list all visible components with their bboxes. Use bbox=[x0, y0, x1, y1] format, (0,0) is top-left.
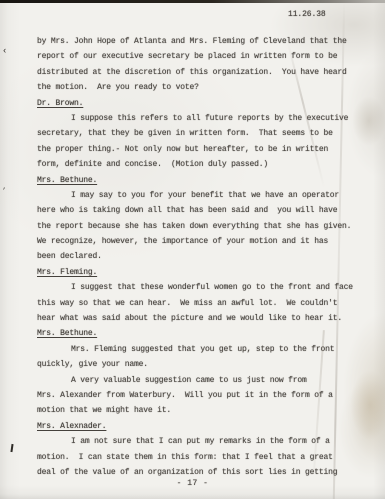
scanned-document-page: 11.26.38 by Mrs. John Hope of Atlanta an… bbox=[0, 0, 385, 499]
document-lines: by Mrs. John Hope of Atlanta and Mrs. Fl… bbox=[37, 34, 371, 480]
text-line: motion that we might have it. bbox=[37, 403, 371, 418]
text-line: secretary, that they be given in written… bbox=[37, 126, 371, 141]
text-line: I suppose this refers to all future repo… bbox=[37, 111, 371, 126]
paper-stain bbox=[350, 370, 385, 440]
speaker-heading: Dr. Brown. bbox=[37, 96, 371, 111]
text-line: distributed at the discretion of this or… bbox=[37, 65, 371, 80]
text-line: the motion. Are you ready to vote? bbox=[37, 80, 371, 95]
text-line: I suggest that these wonderful women go … bbox=[37, 280, 371, 295]
text-line: the report because she has taken down ev… bbox=[37, 219, 371, 234]
speaker-heading: Mrs. Fleming. bbox=[37, 265, 371, 280]
scan-mark bbox=[10, 444, 13, 452]
text-line: hear what was said about the picture and… bbox=[37, 311, 371, 326]
text-line: I am not sure that I can put my remarks … bbox=[37, 434, 371, 449]
text-line: report of our executive secretary be pla… bbox=[37, 49, 371, 64]
text-line: form, definite and concise. (Motion duly… bbox=[37, 157, 371, 172]
text-line: Mrs. Alexander from Waterbury. Will you … bbox=[37, 388, 371, 403]
scan-mark: ’ bbox=[2, 188, 6, 196]
scan-mark: ‹ bbox=[2, 46, 7, 56]
speaker-heading: Mrs. Bethune. bbox=[37, 326, 371, 341]
text-line: this way so that we can hear. We miss an… bbox=[37, 296, 371, 311]
text-line: I may say to you for your benefit that w… bbox=[37, 188, 371, 203]
speaker-heading: Mrs. Alexnader. bbox=[37, 419, 371, 434]
scan-edge-artifact bbox=[0, 0, 385, 3]
document-date: 11.26.38 bbox=[288, 10, 326, 19]
page-number: - 17 - bbox=[0, 479, 385, 488]
text-line: motion. I can state them in this form: t… bbox=[37, 450, 371, 465]
paper-stain bbox=[352, 96, 385, 146]
text-line: here who is taking down all that has bee… bbox=[37, 203, 371, 218]
text-line: the proper thing.- Not only now but here… bbox=[37, 142, 371, 157]
text-line: been declared. bbox=[37, 249, 371, 264]
text-line: by Mrs. John Hope of Atlanta and Mrs. Fl… bbox=[37, 34, 371, 49]
text-line: We recognize, however, the importance of… bbox=[37, 234, 371, 249]
